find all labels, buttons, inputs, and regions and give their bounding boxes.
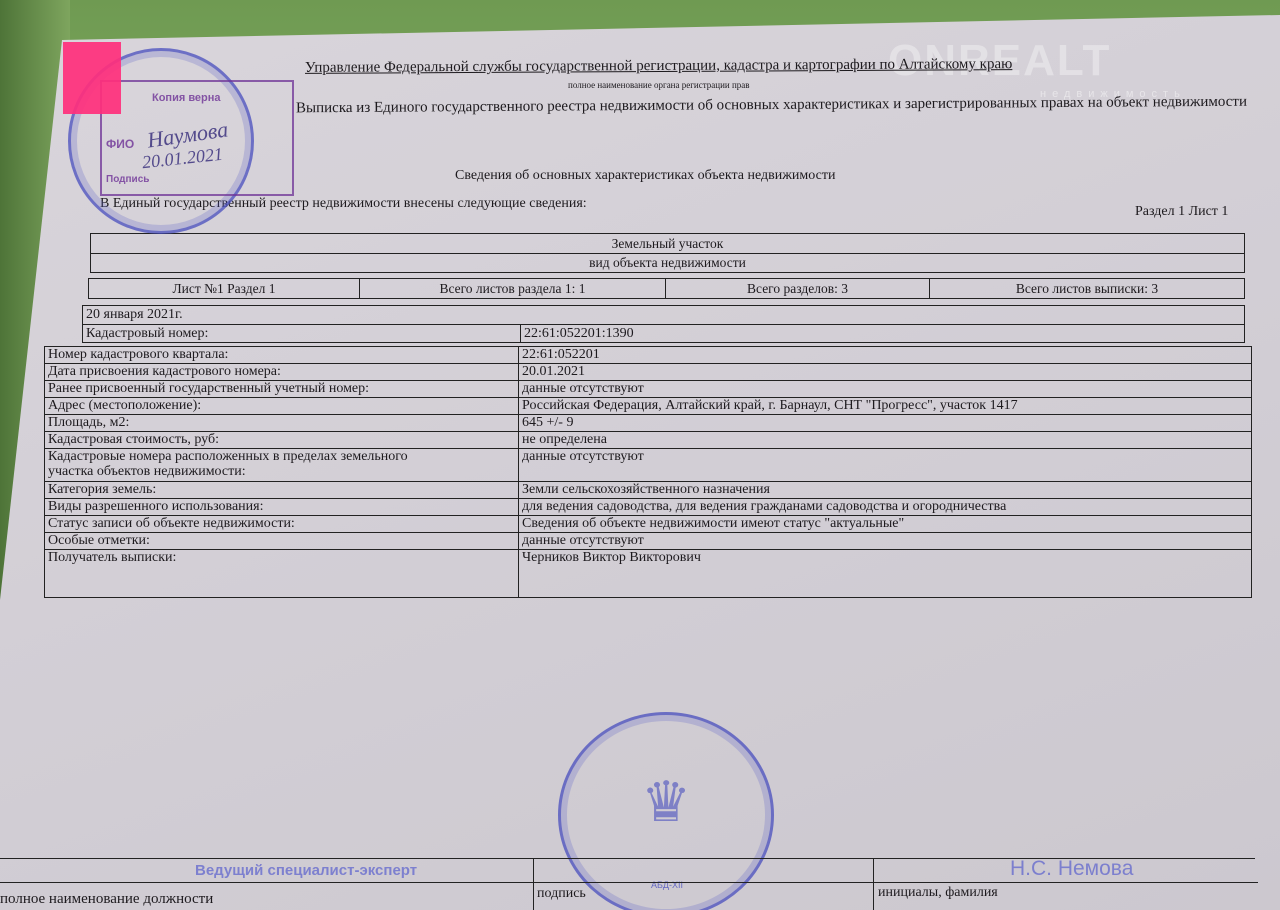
field-value: 645 +/- 9: [522, 415, 573, 430]
date-cadastral-box: 20 января 2021г. Кадастровый номер: 22:6…: [82, 305, 1245, 343]
field-value: Сведения об объекте недвижимости имеют с…: [522, 516, 904, 531]
characteristics-table: Номер кадастрового квартала:22:61:052201…: [44, 346, 1252, 598]
field-value: Земли сельскохозяйственного назначения: [522, 482, 770, 497]
section-title: Сведения об основных характеристиках объ…: [455, 168, 835, 184]
table-row: Дата присвоения кадастрового номера:20.0…: [45, 364, 1251, 381]
table-row: Виды разрешенного использования:для веде…: [45, 499, 1251, 516]
sections-total: Всего разделов: 3: [665, 279, 929, 298]
table-row: Кадастровая стоимость, руб:не определена: [45, 432, 1251, 449]
field-value: данные отсутствуют: [522, 533, 644, 548]
field-label: Кадастровые номера расположенных в преде…: [48, 449, 408, 479]
field-value: данные отсутствуют: [522, 449, 644, 464]
pink-sticker: [63, 42, 121, 114]
sheet-number: Лист №1 Раздел 1: [89, 279, 359, 298]
table-row: Адрес (местоположение):Российская Федера…: [45, 398, 1251, 415]
round-stamp-bottom: ♛ АБД-XII: [558, 712, 774, 910]
field-label: Дата присвоения кадастрового номера:: [48, 364, 281, 379]
eagle-emblem-icon: ♛: [641, 770, 691, 835]
field-value: 20.01.2021: [522, 364, 585, 379]
field-value: Черников Виктор Викторович: [522, 550, 701, 565]
name-caption: инициалы, фамилия: [878, 885, 998, 901]
field-label: Адрес (местоположение):: [48, 398, 201, 413]
table-row: Кадастровые номера расположенных в преде…: [45, 449, 1251, 482]
table-row: Категория земель:Земли сельскохозяйствен…: [45, 482, 1251, 499]
field-label: Получатель выписки:: [48, 550, 176, 565]
table-row: Статус записи об объекте недвижимости:Св…: [45, 516, 1251, 533]
field-label: Особые отметки:: [48, 533, 150, 548]
table-row: Ранее присвоенный государственный учетны…: [45, 381, 1251, 398]
section-sheets-total: Всего листов раздела 1: 1: [359, 279, 665, 298]
table-row: Номер кадастрового квартала:22:61:052201: [45, 347, 1251, 364]
field-label: Статус записи об объекте недвижимости:: [48, 516, 295, 531]
table-row: Особые отметки:данные отсутствуют: [45, 533, 1251, 550]
cadastral-number: 22:61:052201:1390: [520, 325, 634, 342]
field-value: Российская Федерация, Алтайский край, г.…: [522, 398, 1018, 413]
table-row: Получатель выписки:Черников Виктор Викто…: [45, 550, 1251, 567]
field-label: Ранее присвоенный государственный учетны…: [48, 381, 369, 396]
authority-caption: полное наименование органа регистрации п…: [568, 80, 750, 90]
signature-line-mid: [0, 882, 1258, 883]
field-label: Номер кадастрового квартала:: [48, 347, 228, 362]
extract-date: 20 января 2021г.: [86, 306, 183, 324]
signer-name: Н.С. Немова: [1010, 857, 1133, 881]
field-label: Кадастровая стоимость, руб:: [48, 432, 219, 447]
field-value: 22:61:052201: [522, 347, 600, 362]
sheet-info-row: Лист №1 Раздел 1 Всего листов раздела 1:…: [88, 278, 1245, 299]
sheet-reference: Раздел 1 Лист 1: [1135, 204, 1228, 220]
cadastral-label: Кадастровый номер:: [86, 325, 208, 342]
field-label: Категория земель:: [48, 482, 156, 497]
field-value: для ведения садоводства, для ведения гра…: [522, 499, 1006, 514]
signature-caption: подпись: [537, 886, 586, 902]
field-value: данные отсутствуют: [522, 381, 644, 396]
object-type-caption: вид объекта недвижимости: [91, 254, 1244, 272]
object-type: Земельный участок: [91, 234, 1244, 254]
object-type-box: Земельный участок вид объекта недвижимос…: [90, 233, 1245, 273]
field-value: не определена: [522, 432, 607, 447]
field-label: Виды разрешенного использования:: [48, 499, 263, 514]
field-label: Площадь, м2:: [48, 415, 129, 430]
position-caption: полное наименование должности: [0, 891, 213, 908]
extract-sheets-total: Всего листов выписки: 3: [929, 279, 1244, 298]
table-row: Площадь, м2:645 +/- 9: [45, 415, 1251, 432]
copy-certified-stamp: Копия верна ФИО Подпись Наумова 20.01.20…: [100, 80, 294, 196]
position-value: Ведущий специалист-эксперт: [195, 862, 417, 879]
